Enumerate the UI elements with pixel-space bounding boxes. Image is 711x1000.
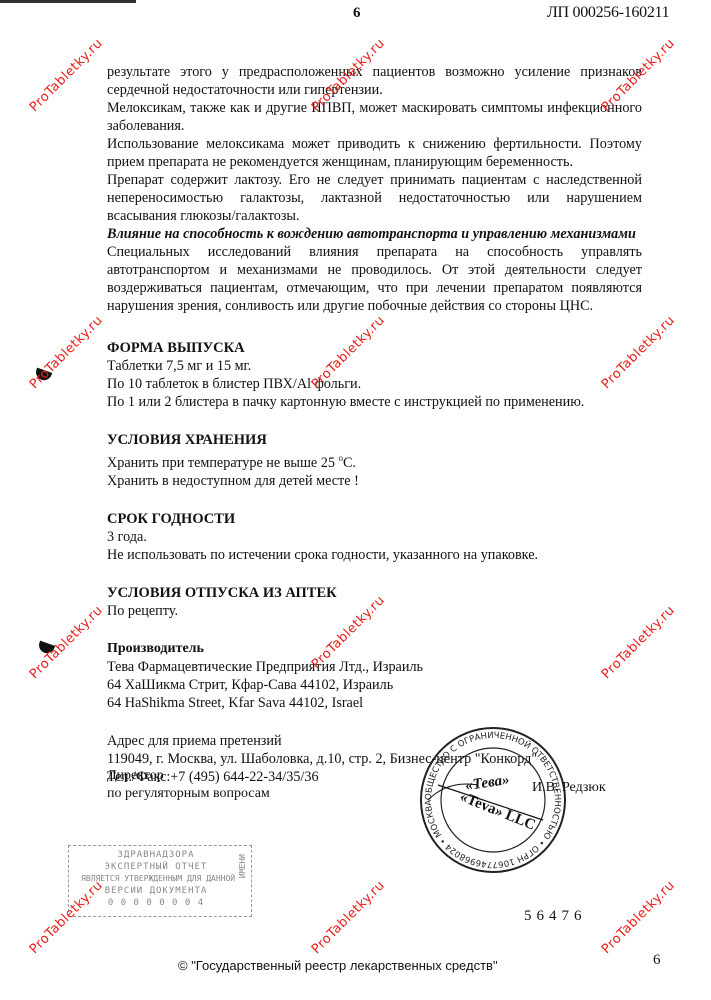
regstamp-row: ЯВЛЯЕТСЯ УТВЕРЖДЕННЫМ ДЛЯ ДАННОЙ xyxy=(81,873,231,885)
release-form-line: Таблетки 7,5 мг и 15 мг. xyxy=(107,357,642,375)
manufacturer-line: Тева Фармацевтические Предприятия Лтд., … xyxy=(107,658,642,676)
storage-title: УСЛОВИЯ ХРАНЕНИЯ xyxy=(107,431,642,449)
manufacturer-line: 64 ХаШикма Стрит, Кфар-Сава 44102, Израи… xyxy=(107,676,642,694)
seal-center-line1: «Тева» xyxy=(464,772,510,794)
scan-edge-bar xyxy=(0,0,136,3)
manufacturer-title: Производитель xyxy=(107,640,642,658)
release-form-title: ФОРМА ВЫПУСКА xyxy=(107,339,642,357)
storage-temp-unit: С. xyxy=(343,455,356,471)
position-line: Директор xyxy=(107,767,270,785)
paragraph: Мелоксикам, также как и другие НПВП, мож… xyxy=(107,99,642,135)
shelf-life-line: Не использовать по истечении срока годно… xyxy=(107,546,642,564)
document-body: результате этого у предрасположенных пац… xyxy=(107,63,642,786)
signatory-position: Директор по регуляторным вопросам xyxy=(107,767,270,803)
dispensing-title: УСЛОВИЯ ОТПУСКА ИЗ АПТЕК xyxy=(107,584,642,602)
manufacturer-line: 64 HaShikma Street, Kfar Sava 44102, Isr… xyxy=(107,694,642,712)
storage-temp-text: Хранить при температуре не выше 25 xyxy=(107,455,338,471)
page-number-top: 6 xyxy=(353,5,361,22)
driving-section-title: Влияние на способность к вождению автотр… xyxy=(107,225,642,243)
shelf-life-title: СРОК ГОДНОСТИ xyxy=(107,510,642,528)
regstamp-row: ЭКСПЕРТНЫЙ ОТЧЕТ xyxy=(81,861,231,873)
signatory-name: И.В. Редзюк xyxy=(532,780,606,796)
company-seal-icon: ОБЩЕСТВО С ОГРАНИЧЕННОЙ ОТВЕТСТВЕННОСТЬЮ… xyxy=(418,725,568,875)
registration-number: 56476 xyxy=(524,908,587,925)
paragraph: Использование мелоксикама может приводит… xyxy=(107,135,642,171)
scan-blot-mark xyxy=(34,368,52,383)
watermark: ProTabletky.ru xyxy=(599,878,678,957)
registration-stamp: ЗДРАВНАДЗОРА ЭКСПЕРТНЫЙ ОТЧЕТ ЯВЛЯЕТСЯ У… xyxy=(68,845,252,917)
regstamp-row: 0 0 0 0 0 0 0 4 xyxy=(81,897,231,909)
regstamp-row: ЗДРАВНАДЗОРА xyxy=(81,849,231,861)
storage-line-temperature: Хранить при температуре не выше 25 oС. xyxy=(107,449,642,472)
shelf-life-line: 3 года. xyxy=(107,528,642,546)
watermark: ProTabletky.ru xyxy=(309,878,388,957)
driving-section-text: Специальных исследований влияния препара… xyxy=(107,243,642,315)
dispensing-text: По рецепту. xyxy=(107,602,642,620)
paragraph: результате этого у предрасположенных пац… xyxy=(107,63,642,99)
watermark: ProTabletky.ru xyxy=(27,36,106,115)
storage-line-children: Хранить в недоступном для детей месте ! xyxy=(107,472,642,490)
copyright-footer: © "Государственный реестр лекарственных … xyxy=(178,958,498,973)
watermark: ProTabletky.ru xyxy=(27,313,106,392)
document-code: ЛП 000256-160211 xyxy=(547,4,669,22)
page-number-bottom: 6 xyxy=(653,952,661,969)
regstamp-row: ВЕРСИИ ДОКУМЕНТА xyxy=(81,885,231,897)
regstamp-side-text: ИМЕНИ xyxy=(237,854,249,878)
paragraph: Препарат содержит лактозу. Его не следуе… xyxy=(107,171,642,225)
position-line: по регуляторным вопросам xyxy=(107,785,270,803)
release-form-line: По 10 таблеток в блистер ПВХ/Al фольги. xyxy=(107,375,642,393)
scan-blot-mark xyxy=(37,641,55,656)
release-form-line: По 1 или 2 блистера в пачку картонную вм… xyxy=(107,393,642,411)
